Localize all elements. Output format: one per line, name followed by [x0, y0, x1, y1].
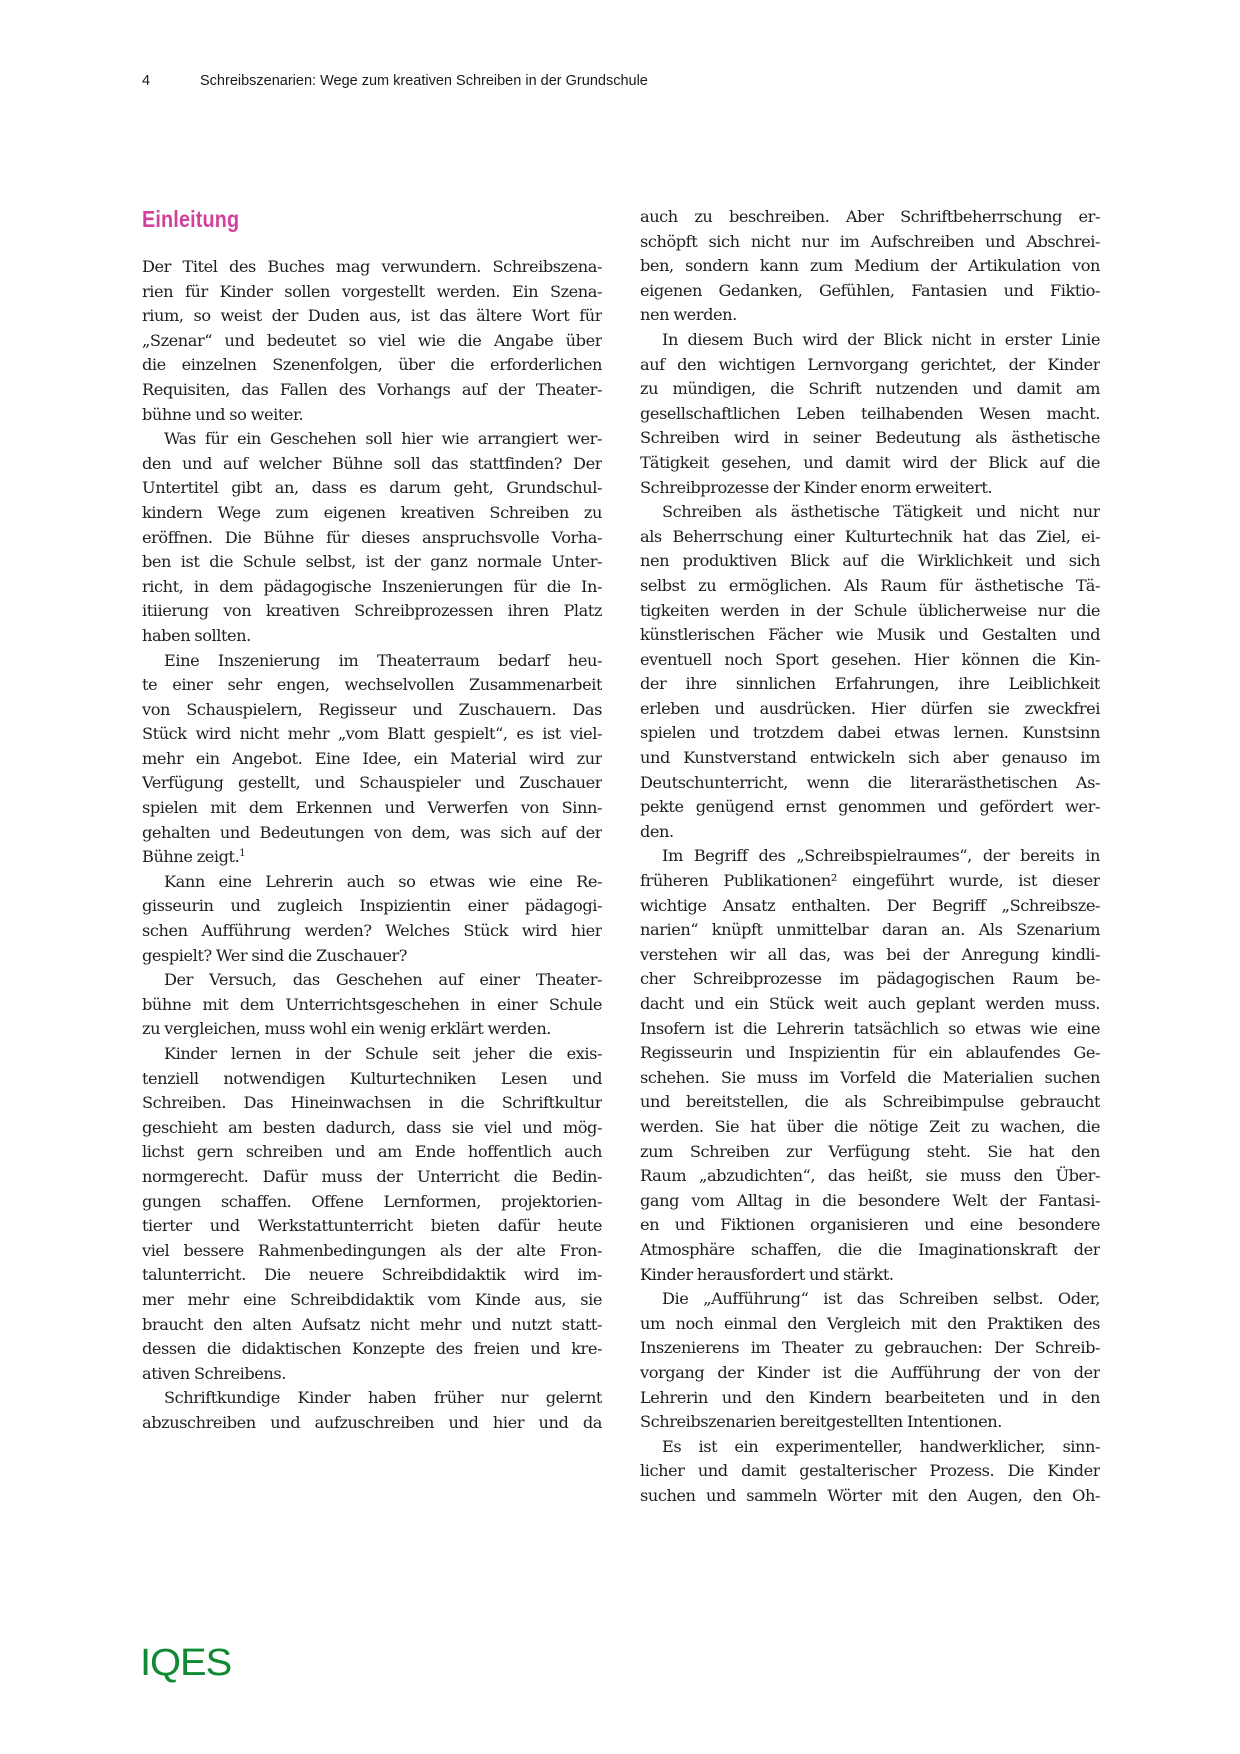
- text-line: Es ist ein experimenteller, handwerklich…: [640, 1435, 1100, 1460]
- text-line: eventuell noch Sport gesehen. Hier könne…: [640, 648, 1100, 673]
- text-line-content: Insofern ist die Lehrerin tatsächlich so…: [640, 1019, 1100, 1038]
- text-line: Schreiben wird in seiner Bedeutung als ä…: [640, 426, 1100, 451]
- text-line: abzuschreiben und aufzuschreiben und hie…: [142, 1411, 602, 1436]
- text-line: Schreibprozesse der Kinder enorm erweite…: [640, 476, 1100, 501]
- text-line-content: künstlerischen Fächer wie Musik und Gest…: [640, 625, 1100, 644]
- text-line-content: bühne und so weiter.: [142, 405, 303, 424]
- section-title: Einleitung: [142, 206, 239, 233]
- text-line-content: zum Schreiben zur Verfügung steht. Sie h…: [640, 1142, 1100, 1161]
- text-line: eigenen Gedanken, Gefühlen, Fantasien un…: [640, 279, 1100, 304]
- text-line-content: Eine Inszenierung im Theaterraum bedarf …: [164, 651, 602, 670]
- text-line-content: Kinder herausfordert und stärkt.: [640, 1265, 894, 1284]
- text-line: viel bessere Rahmenbedingungen als der a…: [142, 1239, 602, 1264]
- left-text-column: Der Titel des Buches mag verwundern. Sch…: [142, 255, 602, 1436]
- text-line-content: mehr ein Angebot. Eine Idee, ein Materia…: [142, 749, 602, 768]
- text-line-content: Die „Aufführung“ ist das Schreiben selbs…: [662, 1289, 1100, 1308]
- text-line: als Beherrschung einer Kulturtechnik hat…: [640, 525, 1100, 550]
- text-line-content: gehalten und Bedeutungen von dem, was si…: [142, 823, 602, 842]
- text-line: rium, so weist der Duden aus, ist das äl…: [142, 304, 602, 329]
- text-line: bühne und so weiter.: [142, 403, 602, 428]
- text-line-content: licher und damit gestalterischer Prozess…: [640, 1461, 1100, 1480]
- text-line-content: spielen mit dem Erkennen und Verwerfen v…: [142, 798, 602, 817]
- page-number: 4: [142, 73, 200, 89]
- text-line: Regisseurin und Inspizientin für ein abl…: [640, 1041, 1100, 1066]
- text-line-content: auch zu beschreiben. Aber Schriftbeherrs…: [640, 207, 1100, 226]
- text-line: auf den wichtigen Lernvorgang gerichtet,…: [640, 353, 1100, 378]
- text-line: tigkeiten werden in der Schule üblicherw…: [640, 599, 1100, 624]
- text-line-content: pekte genügend ernst genommen und geförd…: [640, 797, 1100, 816]
- iqes-logo: IQES: [140, 1642, 231, 1685]
- text-line-content: haben sollten.: [142, 626, 251, 645]
- text-line: Schreiben als ästhetische Tätigkeit und …: [640, 500, 1100, 525]
- text-line: spielen mit dem Erkennen und Verwerfen v…: [142, 796, 602, 821]
- text-line: zu vergleichen, muss wohl ein wenig erkl…: [142, 1017, 602, 1042]
- text-line: mer mehr eine Schreibdidaktik vom Kinde …: [142, 1288, 602, 1313]
- text-line: um noch einmal den Vergleich mit den Pra…: [640, 1312, 1100, 1337]
- text-line-content: „Szenar“ und bedeutet so viel wie die An…: [142, 331, 602, 350]
- text-line-content: wichtige Ansatz enthalten. Der Begriff „…: [640, 896, 1100, 915]
- text-line-content: und bereitstellen, die als Schreibimpuls…: [640, 1092, 1100, 1111]
- text-line: Insofern ist die Lehrerin tatsächlich so…: [640, 1017, 1100, 1042]
- text-line: ben ist die Schule selbst, ist der ganz …: [142, 550, 602, 575]
- text-line-content: auf den wichtigen Lernvorgang gerichtet,…: [640, 355, 1100, 374]
- text-line-content: ben ist die Schule selbst, ist der ganz …: [142, 552, 602, 571]
- text-line-content: als Beherrschung einer Kulturtechnik hat…: [640, 527, 1100, 546]
- text-line: Inszenierens im Theater zu gebrauchen: D…: [640, 1336, 1100, 1361]
- text-line: die einzelnen Szenenfolgen, über die erf…: [142, 353, 602, 378]
- text-line: pekte genügend ernst genommen und geförd…: [640, 795, 1100, 820]
- text-line-content: te einer sehr engen, wechselvollen Zusam…: [142, 675, 602, 694]
- text-line: Lehrerin und den Kindern bearbeiteten un…: [640, 1386, 1100, 1411]
- text-line-content: eröffnen. Die Bühne für dieses anspruchs…: [142, 528, 602, 547]
- text-line-content: geschieht am besten dadurch, dass sie vi…: [142, 1118, 602, 1137]
- text-line-content: tigkeiten werden in der Schule üblicherw…: [640, 601, 1100, 620]
- text-line-content: früheren Publikationen² eingeführt wurde…: [640, 871, 1100, 890]
- text-line-content: Untertitel gibt an, dass es darum geht, …: [142, 478, 602, 497]
- text-line: bühne mit dem Unterrichtsgeschehen in ei…: [142, 993, 602, 1018]
- text-line-content: Stück wird nicht mehr „vom Blatt gespiel…: [142, 724, 602, 743]
- text-line-content: Tätigkeit gesehen, und damit wird der Bl…: [640, 453, 1100, 472]
- text-line-content: eigenen Gedanken, Gefühlen, Fantasien un…: [640, 281, 1100, 300]
- text-line-content: Es ist ein experimenteller, handwerklich…: [662, 1437, 1100, 1456]
- text-line-content: Was für ein Geschehen soll hier wie arra…: [164, 429, 602, 448]
- text-line-content: erleben und ausdrücken. Hier dürfen sie …: [640, 699, 1100, 718]
- text-line-content: talunterricht. Die neuere Schreibdidakti…: [142, 1265, 602, 1284]
- text-line-content: dessen die didaktischen Konzepte des fre…: [142, 1339, 602, 1358]
- text-line-content: rien für Kinder sollen vorgestellt werde…: [142, 282, 602, 301]
- text-line-content: die einzelnen Szenenfolgen, über die erf…: [142, 355, 602, 374]
- text-line: Untertitel gibt an, dass es darum geht, …: [142, 476, 602, 501]
- text-line: schen Aufführung werden? Welches Stück w…: [142, 919, 602, 944]
- text-line: gehalten und Bedeutungen von dem, was si…: [142, 821, 602, 846]
- text-line: itiierung von kreativen Schreibprozessen…: [142, 599, 602, 624]
- text-line-content: cher Schreibprozesse im pädagogischen Ra…: [640, 969, 1100, 988]
- text-line: der ihre sinnlichen Erfahrungen, ihre Le…: [640, 672, 1100, 697]
- text-line: Die „Aufführung“ ist das Schreiben selbs…: [640, 1287, 1100, 1312]
- text-line: Verfügung gestellt, und Schauspieler und…: [142, 771, 602, 796]
- text-line-content: eventuell noch Sport gesehen. Hier könne…: [640, 650, 1100, 669]
- text-line-content: richt, in dem pädagogische Inszenierunge…: [142, 577, 602, 596]
- text-line: rien für Kinder sollen vorgestellt werde…: [142, 280, 602, 305]
- text-line-content: spielen und trotzdem dabei etwas lernen.…: [640, 723, 1100, 742]
- text-line-content: Atmosphäre schaffen, die die Imagination…: [640, 1240, 1100, 1259]
- text-line: gisseurin und zugleich Inspizientin eine…: [142, 894, 602, 919]
- text-line: Raum „abzudichten“, das heißt, sie muss …: [640, 1164, 1100, 1189]
- text-line: Deutschunterricht, wenn die literarästhe…: [640, 771, 1100, 796]
- text-line-content: den.: [640, 822, 674, 841]
- text-line: Requisiten, das Fallen des Vorhangs auf …: [142, 378, 602, 403]
- text-line: nen produktiven Blick auf die Wirklichke…: [640, 549, 1100, 574]
- text-line-content: tenziell notwendigen Kulturtechniken Les…: [142, 1069, 602, 1088]
- text-line: en und Fiktionen organisieren und eine b…: [640, 1213, 1100, 1238]
- text-line-content: schöpft sich nicht nur im Aufschreiben u…: [640, 232, 1100, 251]
- text-line-content: vorgang der Kinder ist die Aufführung de…: [640, 1363, 1100, 1382]
- text-line-content: Raum „abzudichten“, das heißt, sie muss …: [640, 1166, 1100, 1185]
- text-line: wichtige Ansatz enthalten. Der Begriff „…: [640, 894, 1100, 919]
- text-line: verstehen wir all das, was bei der Anreg…: [640, 943, 1100, 968]
- text-line-content: gesellschaftlichen Leben teilhabenden We…: [640, 404, 1100, 423]
- text-line-content: um noch einmal den Vergleich mit den Pra…: [640, 1314, 1100, 1333]
- text-line: tierter und Werkstattunterricht bieten d…: [142, 1214, 602, 1239]
- text-line: Eine Inszenierung im Theaterraum bedarf …: [142, 649, 602, 674]
- text-line-content: en und Fiktionen organisieren und eine b…: [640, 1215, 1100, 1234]
- text-line: spielen und trotzdem dabei etwas lernen.…: [640, 721, 1100, 746]
- text-line-content: Der Versuch, das Geschehen auf einer The…: [164, 970, 602, 989]
- text-line: suchen und sammeln Wörter mit den Augen,…: [640, 1484, 1100, 1509]
- text-line: Der Versuch, das Geschehen auf einer The…: [142, 968, 602, 993]
- text-line: licher und damit gestalterischer Prozess…: [640, 1459, 1100, 1484]
- text-line: und Kunstverstand entwickeln sich aber g…: [640, 746, 1100, 771]
- text-line-content: zu mündigen, die Schrift nutzenden und d…: [640, 379, 1100, 398]
- text-line: erleben und ausdrücken. Hier dürfen sie …: [640, 697, 1100, 722]
- running-header: 4Schreibszenarien: Wege zum kreativen Sc…: [142, 73, 648, 89]
- text-line-content: mer mehr eine Schreibdidaktik vom Kinde …: [142, 1290, 602, 1309]
- text-line: Schriftkundige Kinder haben früher nur g…: [142, 1386, 602, 1411]
- text-line: mehr ein Angebot. Eine Idee, ein Materia…: [142, 747, 602, 772]
- text-line: cher Schreibprozesse im pädagogischen Ra…: [640, 967, 1100, 992]
- text-line-content: gungen schaffen. Offene Lernformen, proj…: [142, 1192, 602, 1211]
- text-line-content: werden. Sie hat über die nötige Zeit zu …: [640, 1117, 1100, 1136]
- text-line: Der Titel des Buches mag verwundern. Sch…: [142, 255, 602, 280]
- text-line-content: nen produktiven Blick auf die Wirklichke…: [640, 551, 1100, 570]
- text-line-content: Bühne zeigt.: [142, 847, 239, 866]
- text-line: selbst zu ermöglichen. Als Raum für ästh…: [640, 574, 1100, 599]
- text-line-content: Inszenierens im Theater zu gebrauchen: D…: [640, 1338, 1100, 1357]
- text-line-content: kindern Wege zum eigenen kreativen Schre…: [142, 503, 602, 522]
- text-line: werden. Sie hat über die nötige Zeit zu …: [640, 1115, 1100, 1140]
- text-line-content: gang vom Alltag in die besondere Welt de…: [640, 1191, 1100, 1210]
- text-line: tenziell notwendigen Kulturtechniken Les…: [142, 1067, 602, 1092]
- text-line: Im Begriff des „Schreibspielraumes“, der…: [640, 844, 1100, 869]
- text-line-content: viel bessere Rahmenbedingungen als der a…: [142, 1241, 602, 1260]
- text-line-content: ben, sondern kann zum Medium der Artikul…: [640, 256, 1100, 275]
- text-line: richt, in dem pädagogische Inszenierunge…: [142, 575, 602, 600]
- text-line: geschieht am besten dadurch, dass sie vi…: [142, 1116, 602, 1141]
- text-line-content: braucht den alten Aufsatz nicht mehr und…: [142, 1315, 602, 1334]
- text-line-content: schen Aufführung werden? Welches Stück w…: [142, 921, 602, 940]
- text-line: und bereitstellen, die als Schreibimpuls…: [640, 1090, 1100, 1115]
- text-line-content: Kann eine Lehrerin auch so etwas wie ein…: [164, 872, 602, 891]
- text-line-content: narien“ knüpft unmittelbar daran an. Als…: [640, 920, 1100, 939]
- text-line: In diesem Buch wird der Blick nicht in e…: [640, 328, 1100, 353]
- text-line: Kinder lernen in der Schule seit jeher d…: [142, 1042, 602, 1067]
- text-line-content: In diesem Buch wird der Blick nicht in e…: [662, 330, 1100, 349]
- text-line-content: dacht und ein Stück weit auch geplant we…: [640, 994, 1100, 1013]
- text-line: von Schauspielern, Regisseur und Zuschau…: [142, 698, 602, 723]
- text-line-content: Der Titel des Buches mag verwundern. Sch…: [142, 257, 602, 276]
- text-line: dacht und ein Stück weit auch geplant we…: [640, 992, 1100, 1017]
- text-line-content: Im Begriff des „Schreibspielraumes“, der…: [662, 846, 1100, 865]
- text-line: schehen. Sie muss im Vorfeld die Materia…: [640, 1066, 1100, 1091]
- text-line: Stück wird nicht mehr „vom Blatt gespiel…: [142, 722, 602, 747]
- text-line-content: verstehen wir all das, was bei der Anreg…: [640, 945, 1100, 964]
- text-line: talunterricht. Die neuere Schreibdidakti…: [142, 1263, 602, 1288]
- text-line: braucht den alten Aufsatz nicht mehr und…: [142, 1313, 602, 1338]
- text-line: gang vom Alltag in die besondere Welt de…: [640, 1189, 1100, 1214]
- text-line: nen werden.: [640, 303, 1100, 328]
- text-line: künstlerischen Fächer wie Musik und Gest…: [640, 623, 1100, 648]
- right-text-column: auch zu beschreiben. Aber Schriftbeherrs…: [640, 205, 1100, 1508]
- text-line: früheren Publikationen² eingeführt wurde…: [640, 869, 1100, 894]
- text-line: haben sollten.: [142, 624, 602, 649]
- text-line: dessen die didaktischen Konzepte des fre…: [142, 1337, 602, 1362]
- text-line: Schreibszenarien bereitgestellten Intent…: [640, 1410, 1100, 1435]
- text-line-content: schehen. Sie muss im Vorfeld die Materia…: [640, 1068, 1100, 1087]
- text-line: gesellschaftlichen Leben teilhabenden We…: [640, 402, 1100, 427]
- text-line-content: Schriftkundige Kinder haben früher nur g…: [164, 1388, 602, 1407]
- text-line-content: nen werden.: [640, 305, 737, 324]
- text-line: zu mündigen, die Schrift nutzenden und d…: [640, 377, 1100, 402]
- text-line-content: Lehrerin und den Kindern bearbeiteten un…: [640, 1388, 1100, 1407]
- text-line: zum Schreiben zur Verfügung steht. Sie h…: [640, 1140, 1100, 1165]
- text-line: Kinder herausfordert und stärkt.: [640, 1263, 1100, 1288]
- text-line-content: tierter und Werkstattunterricht bieten d…: [142, 1216, 602, 1235]
- text-line-content: von Schauspielern, Regisseur und Zuschau…: [142, 700, 602, 719]
- text-line: lichst gern schreiben und am Ende hoffen…: [142, 1140, 602, 1165]
- text-line-content: gespielt? Wer sind die Zuschauer?: [142, 946, 407, 965]
- text-line-content: Regisseurin und Inspizientin für ein abl…: [640, 1043, 1100, 1062]
- running-title: Schreibszenarien: Wege zum kreativen Sch…: [200, 73, 648, 89]
- text-line: kindern Wege zum eigenen kreativen Schre…: [142, 501, 602, 526]
- text-line-content: Schreibszenarien bereitgestellten Intent…: [640, 1412, 1002, 1431]
- text-line-content: rium, so weist der Duden aus, ist das äl…: [142, 306, 602, 325]
- text-line: den.: [640, 820, 1100, 845]
- text-line: Was für ein Geschehen soll hier wie arra…: [142, 427, 602, 452]
- text-line-content: ativen Schreibens.: [142, 1364, 286, 1383]
- text-line: den und auf welcher Bühne soll das statt…: [142, 452, 602, 477]
- text-line-content: normgerecht. Dafür muss der Unterricht d…: [142, 1167, 602, 1186]
- text-line: ativen Schreibens.: [142, 1362, 602, 1387]
- text-line-content: Schreiben wird in seiner Bedeutung als ä…: [640, 428, 1100, 447]
- text-line-content: den und auf welcher Bühne soll das statt…: [142, 454, 602, 473]
- text-line: gungen schaffen. Offene Lernformen, proj…: [142, 1190, 602, 1215]
- text-line-content: suchen und sammeln Wörter mit den Augen,…: [640, 1486, 1100, 1505]
- text-line: eröffnen. Die Bühne für dieses anspruchs…: [142, 526, 602, 551]
- text-line-content: Kinder lernen in der Schule seit jeher d…: [164, 1044, 602, 1063]
- text-line: narien“ knüpft unmittelbar daran an. Als…: [640, 918, 1100, 943]
- text-line-content: und Kunstverstand entwickeln sich aber g…: [640, 748, 1100, 767]
- text-line-content: gisseurin und zugleich Inspizientin eine…: [142, 896, 602, 915]
- text-line-content: Schreibprozesse der Kinder enorm erweite…: [640, 478, 992, 497]
- text-line: Atmosphäre schaffen, die die Imagination…: [640, 1238, 1100, 1263]
- text-line: ben, sondern kann zum Medium der Artikul…: [640, 254, 1100, 279]
- text-line: auch zu beschreiben. Aber Schriftbeherrs…: [640, 205, 1100, 230]
- text-line: gespielt? Wer sind die Zuschauer?: [142, 944, 602, 969]
- text-line-content: selbst zu ermöglichen. Als Raum für ästh…: [640, 576, 1100, 595]
- text-line: normgerecht. Dafür muss der Unterricht d…: [142, 1165, 602, 1190]
- text-line-content: Verfügung gestellt, und Schauspieler und…: [142, 773, 602, 792]
- text-line: Tätigkeit gesehen, und damit wird der Bl…: [640, 451, 1100, 476]
- text-line-content: Requisiten, das Fallen des Vorhangs auf …: [142, 380, 602, 399]
- text-line: vorgang der Kinder ist die Aufführung de…: [640, 1361, 1100, 1386]
- text-line-content: Deutschunterricht, wenn die literarästhe…: [640, 773, 1100, 792]
- text-line-content: zu vergleichen, muss wohl ein wenig erkl…: [142, 1019, 551, 1038]
- text-line-content: abzuschreiben und aufzuschreiben und hie…: [142, 1413, 602, 1432]
- text-line-content: Schreiben als ästhetische Tätigkeit und …: [662, 502, 1100, 521]
- text-line: Kann eine Lehrerin auch so etwas wie ein…: [142, 870, 602, 895]
- text-line-content: itiierung von kreativen Schreibprozessen…: [142, 601, 602, 620]
- text-line: Bühne zeigt.1: [142, 845, 602, 870]
- text-line: te einer sehr engen, wechselvollen Zusam…: [142, 673, 602, 698]
- text-line-content: bühne mit dem Unterrichtsgeschehen in ei…: [142, 995, 602, 1014]
- text-line: „Szenar“ und bedeutet so viel wie die An…: [142, 329, 602, 354]
- text-line-content: lichst gern schreiben und am Ende hoffen…: [142, 1142, 602, 1161]
- text-line: schöpft sich nicht nur im Aufschreiben u…: [640, 230, 1100, 255]
- text-line: Schreiben. Das Hineinwachsen in die Schr…: [142, 1091, 602, 1116]
- footnote-marker: 1: [239, 848, 245, 859]
- text-line-content: der ihre sinnlichen Erfahrungen, ihre Le…: [640, 674, 1100, 693]
- text-line-content: Schreiben. Das Hineinwachsen in die Schr…: [142, 1093, 602, 1112]
